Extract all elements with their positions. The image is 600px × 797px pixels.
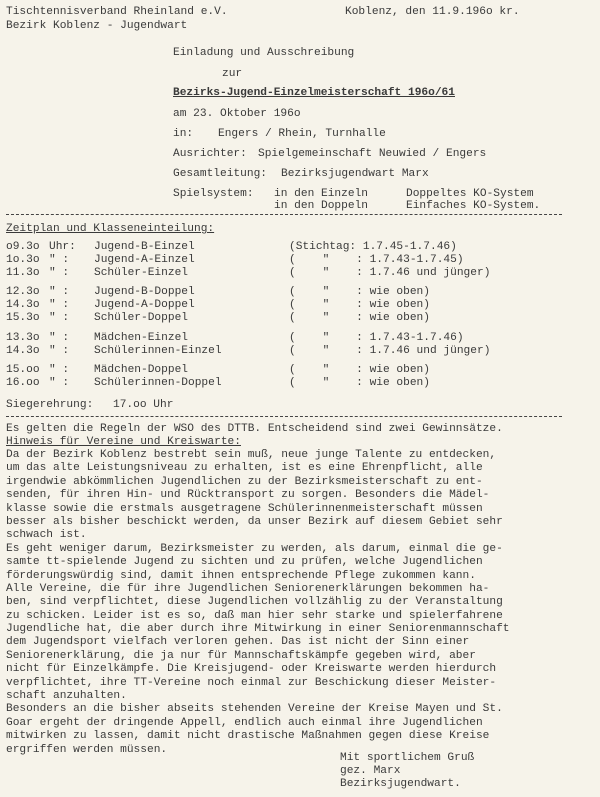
system-doubles-value: Einfaches KO-System. [406,200,540,213]
organizer-value: Spielgemeinschaft Neuwied / Engers [258,148,486,161]
row-time: 14.3o [6,345,40,358]
notice-line: Besonders an die bisher abseits stehende… [6,703,596,716]
row-unit: " : [49,286,69,299]
row-unit: " : [49,299,69,312]
row-note: ( " : wie oben) [289,299,430,312]
notice-line: Alle Vereine, die für ihre Jugendlichen … [6,583,596,596]
row-event: Schüler-Doppel [94,312,188,325]
location-value: Engers / Rhein, Turnhalle [218,128,386,141]
divider [6,214,562,215]
notice-line: Jugendliche hat, die aber durch ihre Mit… [6,623,596,636]
row-note: ( " : wie oben) [289,286,430,299]
row-note: ( " : 1.7.43-1.7.46) [289,332,464,345]
organizer-label: Ausrichter: [173,148,247,161]
notice-line: förderungswürdig sind, damit ihnen entsp… [6,570,596,583]
row-unit: " : [49,364,69,377]
closing-signature: gez. Marx [340,765,400,778]
row-unit: " : [49,312,69,325]
divider [6,416,562,417]
row-note: ( " : wie oben) [289,364,430,377]
notice-line: irgendwie abkömmlichen Jugendlichen zu d… [6,476,596,489]
document-page: Tischtennisverband Rheinland e.V. Bezirk… [0,0,600,797]
row-time: 15.3o [6,312,40,325]
notice-line: verpflichtet, ihre TT-Vereine noch einma… [6,677,596,690]
notice-line: samte tt-spielende Jugend zu sichten und… [6,556,596,569]
row-time: 12.3o [6,286,40,299]
notice-line: senden, für ihren Hin- und Rücktransport… [6,489,596,502]
schedule-row: 15.oo " : Mädchen-Doppel ( " : wie oben) [6,364,33,377]
row-unit: Uhr: [49,241,76,254]
row-event: Jugend-B-Doppel [94,286,195,299]
notice-line: Es geht weniger darum, Bezirksmeister zu… [6,543,596,556]
notice-line: ben, sind verpflichtet, diese Jugendlich… [6,596,596,609]
notice-line: zu schicken. Leider ist es so, daß man h… [6,610,596,623]
notice-line: Da der Bezirk Koblenz bestrebt sein muß,… [6,449,596,462]
org-department: Bezirk Koblenz - Jugendwart [6,20,187,33]
row-time: 1o.3o [6,254,40,267]
notice-line: schaft anzuhalten. [6,690,596,703]
ceremony-label: Siegerehrung: [6,399,93,412]
schedule-row: o9.3o Uhr: Jugend-B-Einzel (Stichtag: 1.… [6,241,33,254]
row-event: Jugend-A-Doppel [94,299,195,312]
closing-greeting: Mit sportlichem Gruß [340,752,474,765]
row-event: Schülerinnen-Doppel [94,377,222,390]
row-note: ( " : wie oben) [289,312,430,325]
row-unit: " : [49,254,69,267]
notice-line: schwach ist. [6,529,596,542]
notice-line: Goar ergeht der dringende Appell, endlic… [6,717,596,730]
schedule-row: 15.3o " : Schüler-Doppel ( " : wie oben) [6,312,33,325]
place-date: Koblenz, den 11.9.196o kr. [345,6,520,19]
row-time: 15.oo [6,364,40,377]
schedule-row: 13.3o " : Mädchen-Einzel ( " : 1.7.43-1.… [6,332,33,345]
row-event: Mädchen-Doppel [94,364,188,377]
org-name: Tischtennisverband Rheinland e.V. [6,6,228,19]
notice-line: besser als bisher beschickt werden, da u… [6,516,596,529]
notice-line: Seniorenerklärung, die ja nur für Mannsc… [6,650,596,663]
notice-heading: Hinweis für Vereine und Kreiswarte: [6,436,241,449]
notice-line: ergriffen werden müssen. [6,744,596,757]
schedule-heading: Zeitplan und Klasseneinteilung: [6,223,214,236]
row-event: Schülerinnen-Einzel [94,345,222,358]
row-unit: " : [49,345,69,358]
notice-line: dem Jugendsport vielfach verloren gehen.… [6,636,596,649]
row-unit: " : [49,267,69,280]
row-note: ( " : 1.7.43-1.7.45) [289,254,464,267]
schedule-row: 16.oo " : Schülerinnen-Doppel ( " : wie … [6,377,33,390]
location-label: in: [173,128,193,141]
row-note: ( " : 1.7.46 und jünger) [289,345,490,358]
notice-line: nicht für Einzelkämpfe. Die Kreisjugend-… [6,663,596,676]
ceremony-time: 17.oo Uhr [113,399,173,412]
rules-text: Es gelten die Regeln der WSO des DTTB. E… [6,423,503,436]
management-value: Bezirksjugendwart Marx [281,168,429,181]
event-date: am 23. Oktober 196o [173,108,301,121]
title-line-1: Einladung und Ausschreibung [173,47,354,60]
row-event: Mädchen-Einzel [94,332,188,345]
notice-line: klasse sowie die erstmals ausgetragene S… [6,503,596,516]
row-time: o9.3o [6,241,40,254]
row-time: 14.3o [6,299,40,312]
row-unit: " : [49,332,69,345]
row-event: Jugend-A-Einzel [94,254,195,267]
event-title: Bezirks-Jugend-Einzelmeisterschaft 196o/… [173,87,455,100]
notice-body: Da der Bezirk Koblenz bestrebt sein muß,… [6,449,596,757]
row-event: Jugend-B-Einzel [94,241,195,254]
system-doubles-label: in den Doppeln [274,200,368,213]
title-line-2: zur [222,68,242,81]
row-time: 11.3o [6,267,40,280]
row-time: 16.oo [6,377,40,390]
row-unit: " : [49,377,69,390]
closing-title: Bezirksjugendwart. [340,778,461,791]
row-note: (Stichtag: 1.7.45-1.7.46) [289,241,457,254]
schedule-row: 14.3o " : Jugend-A-Doppel ( " : wie oben… [6,299,33,312]
management-label: Gesamtleitung: [173,168,267,181]
row-event: Schüler-Einzel [94,267,188,280]
notice-line: mitwirken zu lassen, damit nicht drastis… [6,730,596,743]
schedule-row: 14.3o " : Schülerinnen-Einzel ( " : 1.7.… [6,345,33,358]
row-note: ( " : wie oben) [289,377,430,390]
row-note: ( " : 1.7.46 und jünger) [289,267,490,280]
schedule-row: 1o.3o " : Jugend-A-Einzel ( " : 1.7.43-1… [6,254,33,267]
system-label: Spielsystem: [173,188,254,201]
row-time: 13.3o [6,332,40,345]
notice-line: um das alte Leistungsniveau zu erhalten,… [6,462,596,475]
schedule-row: 11.3o " : Schüler-Einzel ( " : 1.7.46 un… [6,267,33,280]
schedule-row: 12.3o " : Jugend-B-Doppel ( " : wie oben… [6,286,33,299]
